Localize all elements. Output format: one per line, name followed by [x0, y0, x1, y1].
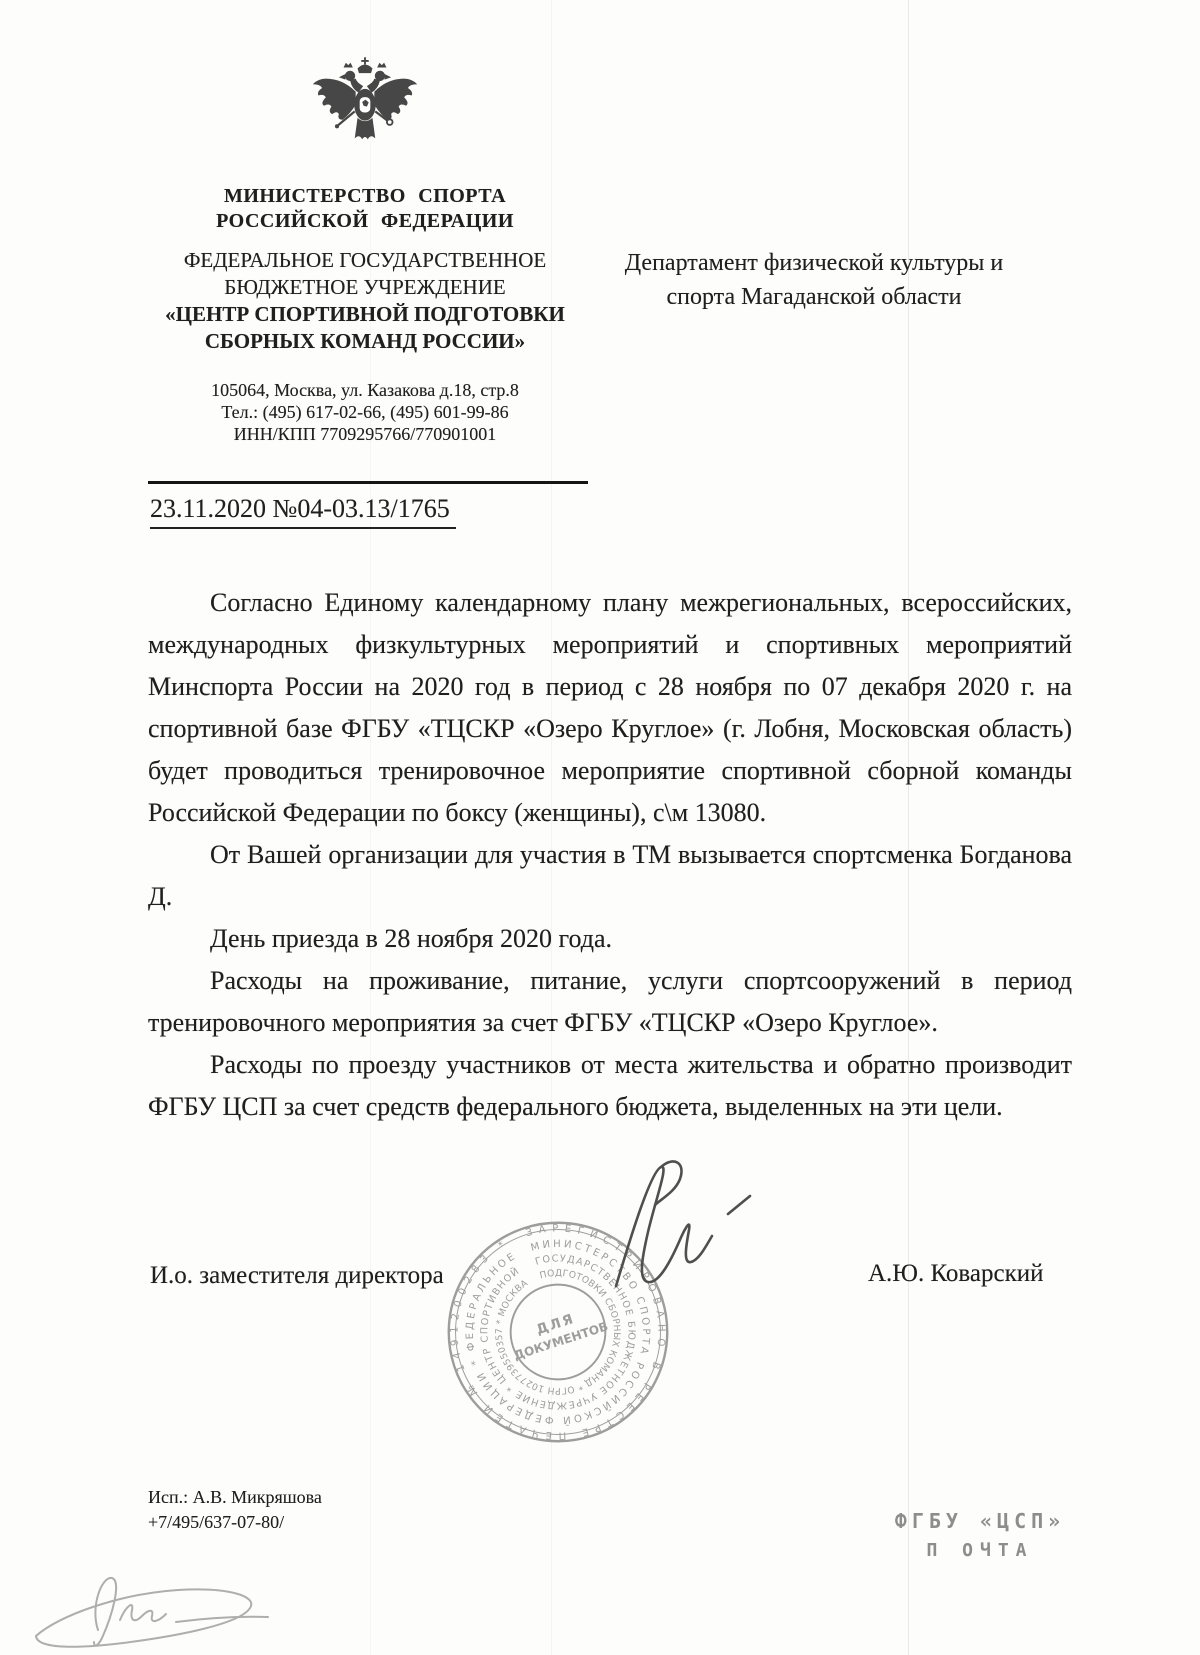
ministry-name-line1: МИНИСТЕРСТВО СПОРТА — [130, 184, 600, 209]
org-name-line3: «ЦЕНТР СПОРТИВНОЙ ПОДГОТОВКИ — [130, 301, 600, 328]
paragraph: Расходы на проживание, питание, услуги с… — [148, 960, 1072, 1044]
russian-coat-of-arms-icon — [309, 56, 421, 176]
signer-name: А.Ю. Коварский — [868, 1260, 1068, 1288]
letterhead-divider — [148, 481, 588, 484]
postmark-stamp: ФГБУ «ЦСП» П ОЧТА — [850, 1506, 1110, 1566]
org-name-line1: ФЕДЕРАЛЬНОЕ ГОСУДАРСТВЕННОЕ — [130, 247, 600, 274]
paragraph: Расходы по проезду участников от места ж… — [148, 1044, 1072, 1128]
scanned-letter-page: МИНИСТЕРСТВО СПОРТА РОССИЙСКОЙ ФЕДЕРАЦИИ… — [0, 0, 1200, 1655]
paragraph: От Вашей организации для участия в ТМ вы… — [148, 834, 1072, 918]
postmark-line2: П ОЧТА — [850, 1536, 1110, 1566]
org-name-line2: БЮДЖЕТНОЕ УЧРЕЖДЕНИЕ — [130, 274, 600, 301]
handwritten-scribble-icon — [28, 1558, 278, 1653]
ministry-name-line2: РОССИЙСКОЙ ФЕДЕРАЦИИ — [130, 209, 600, 234]
signer-position: И.о. заместителя директора — [150, 1262, 444, 1290]
postmark-line1: ФГБУ «ЦСП» — [850, 1506, 1110, 1536]
executor-block: Исп.: А.В. Микряшова +7/495/637-07-80/ — [148, 1485, 322, 1535]
recipient-line1: Департамент физической культуры и — [598, 246, 1030, 280]
paragraph: День приезда в 28 ноября 2020 года. — [148, 918, 1072, 960]
recipient-block: Департамент физической культуры и спорта… — [598, 246, 1030, 314]
handwritten-signature-icon — [598, 1152, 766, 1304]
org-phone: Тел.: (495) 617-02-66, (495) 601-99-86 — [130, 401, 600, 423]
org-inn-kpp: ИНН/КПП 7709295766/770901001 — [130, 423, 600, 445]
executor-phone: +7/495/637-07-80/ — [148, 1510, 322, 1535]
paragraph: Согласно Единому календарному плану межр… — [148, 582, 1072, 834]
letterhead: МИНИСТЕРСТВО СПОРТА РОССИЙСКОЙ ФЕДЕРАЦИИ… — [130, 56, 600, 445]
date-and-number: 23.11.2020 №04-03.13/1765 — [150, 494, 456, 529]
recipient-line2: спорта Магаданской области — [598, 280, 1030, 314]
org-name-line4: СБОРНЫХ КОМАНД РОССИИ» — [130, 328, 600, 355]
executor-name: Исп.: А.В. Микряшова — [148, 1485, 322, 1510]
letter-body: Согласно Единому календарному плану межр… — [148, 582, 1072, 1128]
org-address: 105064, Москва, ул. Казакова д.18, стр.8 — [130, 379, 600, 401]
